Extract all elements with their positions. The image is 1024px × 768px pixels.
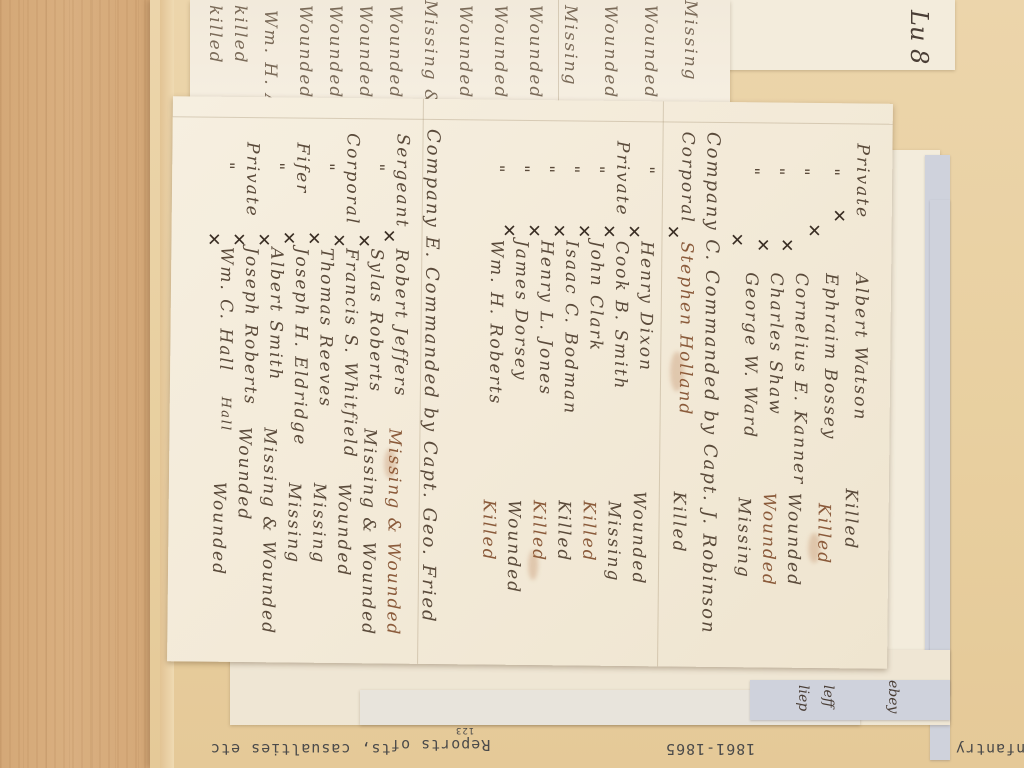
name-cell: Isaac C. Bodman: [560, 240, 582, 415]
top-col: killed: [230, 5, 250, 65]
section-heading: Company E. Commanded by Capt. Geo. Fried: [417, 129, 443, 624]
top-col: Wounded: [385, 5, 405, 99]
folder-label-infantry: Infantry: [955, 740, 1024, 758]
x-mark-icon: +: [826, 201, 855, 230]
name-cell: Wm. H. Roberts: [485, 240, 507, 406]
name-cell: Cook B. Smith: [610, 241, 632, 391]
folder-label-casualties: ts, casualties etc: [210, 740, 391, 758]
name-cell: John Clark: [585, 241, 606, 353]
top-col: Wounded: [600, 5, 620, 99]
rank-cell: Sergeant: [392, 134, 413, 229]
rust-stain: [528, 550, 538, 580]
rank-cell: ": [822, 168, 842, 178]
rank-cell: ": [792, 168, 812, 178]
name-cell: Henry Dixon: [635, 241, 656, 372]
section-heading: Company C. Commanded by Capt. J. Robinso…: [697, 132, 723, 635]
note: Hall: [217, 397, 232, 433]
status-cell: Killed: [578, 501, 599, 563]
status-cell: Killed: [840, 488, 861, 550]
x-mark-icon: +: [801, 216, 830, 245]
folder-label-reports: Reports of: [390, 736, 490, 754]
rank-cell: ": [767, 167, 787, 177]
name-cell: Henry L. Jones: [535, 240, 557, 396]
name-cell: Robert Jeffers: [390, 249, 412, 398]
name-cell: George W. Ward: [739, 272, 761, 439]
side-scrap-text: Lu 8: [905, 10, 933, 64]
rank-cell: ": [742, 167, 762, 177]
rank-cell: ": [512, 165, 532, 175]
name-cell: James Dorsey: [510, 240, 531, 382]
status-cell: Missing: [308, 483, 329, 565]
rank-cell: Corporal: [342, 133, 363, 225]
rank-cell: ": [367, 163, 387, 173]
status-cell: Wounded: [208, 482, 229, 576]
status-cell: Missing: [603, 501, 624, 583]
status-cell: Wounded: [503, 500, 524, 594]
name-cell: Sylas Roberts: [365, 248, 387, 393]
top-col: Wounded: [355, 5, 375, 99]
rank-cell: ": [267, 162, 287, 172]
status-cell: Wounded: [333, 483, 354, 577]
name-cell: Francis S. Whitfield: [339, 248, 361, 459]
blue-sheet-bottom: [750, 680, 950, 720]
rank-cell: Private: [612, 141, 633, 217]
top-col: Missing: [560, 5, 580, 87]
top-col: Wounded: [640, 5, 660, 99]
fold-line: [657, 101, 664, 666]
rank-cell: ": [317, 163, 337, 173]
name-cell: Joseph H. Eldridge: [289, 247, 311, 446]
status-cell: Wounded: [234, 427, 255, 521]
rank-cell: ": [637, 166, 657, 176]
bottom-scrap-2: leff: [820, 685, 836, 708]
x-mark-icon: +: [773, 230, 802, 259]
bottom-scrap-3: liep: [795, 685, 811, 711]
folder-label-years: 1861-1865: [665, 740, 755, 758]
status-cell: Killed: [478, 499, 499, 561]
name-cell: Cornelius E. Kanner: [789, 273, 811, 486]
folder-label-number: 123: [455, 725, 474, 735]
fold-line: [173, 116, 893, 125]
x-mark-icon: +: [749, 230, 778, 259]
x-mark-icon: +: [723, 225, 752, 254]
rank-cell: Fifer: [292, 142, 313, 194]
status-cell: Missing: [283, 482, 304, 564]
rank-cell: ": [487, 165, 507, 175]
name-cell: Albert Smith: [265, 247, 286, 381]
status-cell: Wounded: [628, 491, 649, 585]
status-cell: Killed: [553, 500, 574, 562]
status-cell: Missing & Wounded: [257, 427, 279, 635]
rank-cell: Private: [852, 143, 873, 219]
name-cell: Charles Shaw: [765, 272, 786, 415]
top-col: Missing: [680, 0, 700, 82]
rank-cell: Private: [242, 142, 263, 218]
bottom-scrap-1: ebey: [885, 680, 901, 713]
name-cell: Joseph Roberts: [240, 247, 262, 406]
name-cell: Ephraim Bossey: [819, 273, 841, 441]
top-col: Wounded: [295, 5, 315, 99]
name-cell: Wm. C. Hall: [215, 247, 236, 373]
status-cell: Wounded: [758, 492, 779, 586]
top-col: killed: [205, 5, 225, 65]
name-cell: Thomas Reeves: [315, 248, 337, 408]
status-cell: Wounded: [783, 493, 804, 587]
top-col: Wounded: [525, 5, 545, 99]
rank-cell: Corporal: [677, 132, 698, 224]
name-cell: Albert Watson: [850, 273, 872, 421]
rank-cell: ": [562, 165, 582, 175]
casualty-report-document: Private Albert Watson Killed " Ephraim B…: [167, 96, 893, 669]
status-cell: Killed: [668, 491, 689, 553]
status-cell: Missing: [733, 497, 754, 579]
top-col: Wounded: [490, 5, 510, 99]
rank-cell: ": [587, 166, 607, 176]
top-col: Wounded: [325, 5, 345, 99]
rank-cell: ": [537, 165, 557, 175]
rank-cell: ": [217, 162, 237, 172]
status-cell: Missing & Wounded: [357, 428, 379, 636]
top-col: Wounded: [455, 5, 475, 99]
